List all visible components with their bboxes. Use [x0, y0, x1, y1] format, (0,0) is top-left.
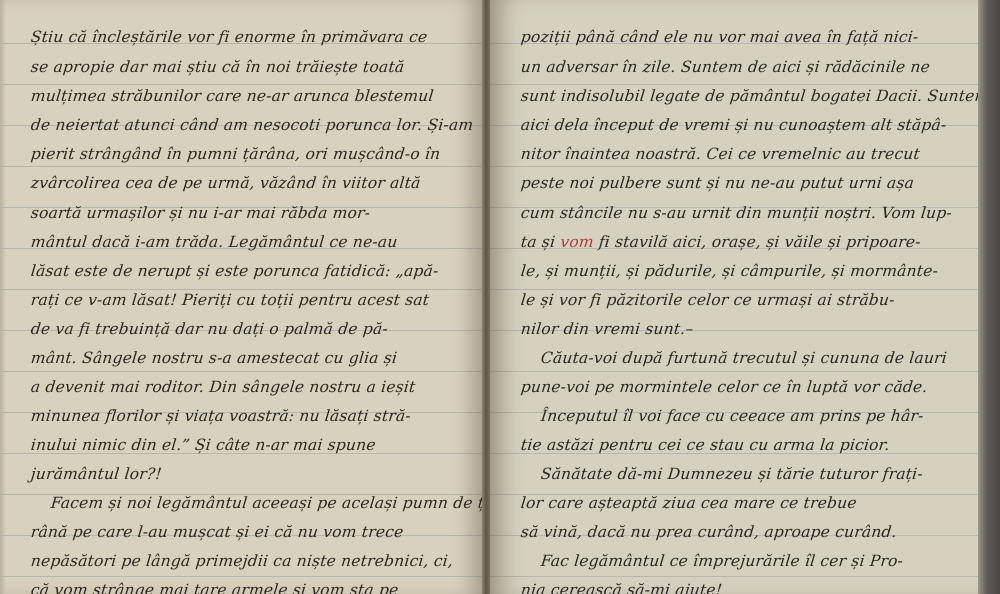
- handwritten-line: că vom strânge mai tare armele și vom st…: [30, 581, 399, 594]
- handwritten-line: nitor înaintea noastră. Cei ce vremelnic…: [520, 145, 921, 163]
- handwritten-line: a devenit mai roditor. Din sângele nostr…: [30, 378, 416, 396]
- handwritten-line: le și vor fi păzitorile celor ce urmași …: [520, 291, 896, 309]
- red-ink-correction: vom: [559, 233, 594, 251]
- handwritten-line: nilor din vremi sunt.–: [520, 320, 694, 338]
- handwritten-line: le, și munții, și pădurile, și câmpurile…: [520, 262, 939, 280]
- left-page: Știu că încleștările vor fi enorme în pr…: [0, 0, 482, 594]
- desk-background-edge: [978, 0, 1000, 594]
- handwritten-line: cum stâncile nu s-au urnit din munții no…: [520, 204, 953, 222]
- handwritten-line: Sănătate dă-mi Dumnezeu și tărie tuturor…: [520, 465, 924, 483]
- handwritten-line: de va fi trebuință dar nu dați o palmă d…: [30, 320, 389, 338]
- handwritten-line: inului nimic din el.” Și câte n-ar mai s…: [30, 436, 377, 454]
- handwritten-line: un adversar în zile. Suntem de aici și r…: [520, 58, 931, 76]
- handwritten-line: pune-voi pe mormintele celor ce în luptă…: [520, 378, 928, 396]
- handwritten-line: minunea florilor și viața voastră: nu lă…: [30, 407, 412, 425]
- handwritten-line: nia cerească să-mi ajute!: [520, 581, 723, 594]
- binding-gutter: [482, 0, 490, 594]
- handwritten-line: peste noi pulbere sunt și nu ne-au putut…: [520, 174, 915, 192]
- handwritten-line: Facem și noi legământul aceeași pe acela…: [30, 494, 500, 512]
- handwritten-line: se apropie dar mai știu că în noi trăieș…: [30, 58, 405, 76]
- handwritten-line: Știu că încleștările vor fi enorme în pr…: [30, 28, 428, 46]
- handwritten-line: lor care așteaptă ziua cea mare ce trebu…: [520, 494, 858, 512]
- handwritten-line: Căuta-voi după furtună trecutul și cunun…: [520, 349, 948, 367]
- handwritten-line: soartă urmașilor și nu i-ar mai răbda mo…: [30, 204, 371, 222]
- handwritten-line: ta și vom fi stavilă aici, orașe, și văi…: [520, 233, 922, 251]
- handwritten-line: rați ce v-am lăsat! Pieriți cu toții pen…: [30, 291, 430, 309]
- right-page: poziții până când ele nu vor mai avea în…: [490, 0, 978, 594]
- handwritten-line: aici dela început de vremi și nu cunoașt…: [520, 116, 947, 134]
- handwritten-line: lăsat este de nerupt și este porunca fat…: [30, 262, 440, 280]
- handwritten-line: zvârcolirea cea de pe urmă, văzând în vi…: [30, 174, 422, 192]
- handwritten-line: tie astăzi pentru cei ce stau cu arma la…: [520, 436, 891, 454]
- handwritten-line: sunt indisolubil legate de pământul boga…: [520, 87, 991, 105]
- handwritten-line: poziții până când ele nu vor mai avea în…: [520, 28, 919, 46]
- handwritten-line: să vină, dacă nu prea curând, aproape cu…: [520, 523, 898, 541]
- handwritten-line: mântul dacă i-am trăda. Legământul ce ne…: [30, 233, 399, 251]
- handwritten-line: Fac legământul ce împrejurările îl cer ș…: [520, 552, 904, 570]
- handwritten-line: pierit strângând în pumni țărâna, ori mu…: [30, 145, 441, 163]
- notebook-spread: Știu că încleștările vor fi enorme în pr…: [0, 0, 1000, 594]
- handwritten-line: rână pe care l-au mușcat și ei că nu vom…: [30, 523, 404, 541]
- handwritten-line: jurământul lor?!: [30, 465, 163, 483]
- left-page-edge: [0, 0, 6, 594]
- handwritten-line: nepăsători pe lângă primejdii ca niște n…: [30, 552, 454, 570]
- handwritten-line: de neiertat atunci când am nesocoti poru…: [30, 116, 474, 134]
- handwritten-line: Începutul îl voi face cu ceeace am prins…: [520, 407, 925, 425]
- handwritten-line: mânt. Sângele nostru s-a amestecat cu gl…: [30, 349, 398, 367]
- handwritten-line: mulțimea străbunilor care ne-ar arunca b…: [30, 87, 435, 105]
